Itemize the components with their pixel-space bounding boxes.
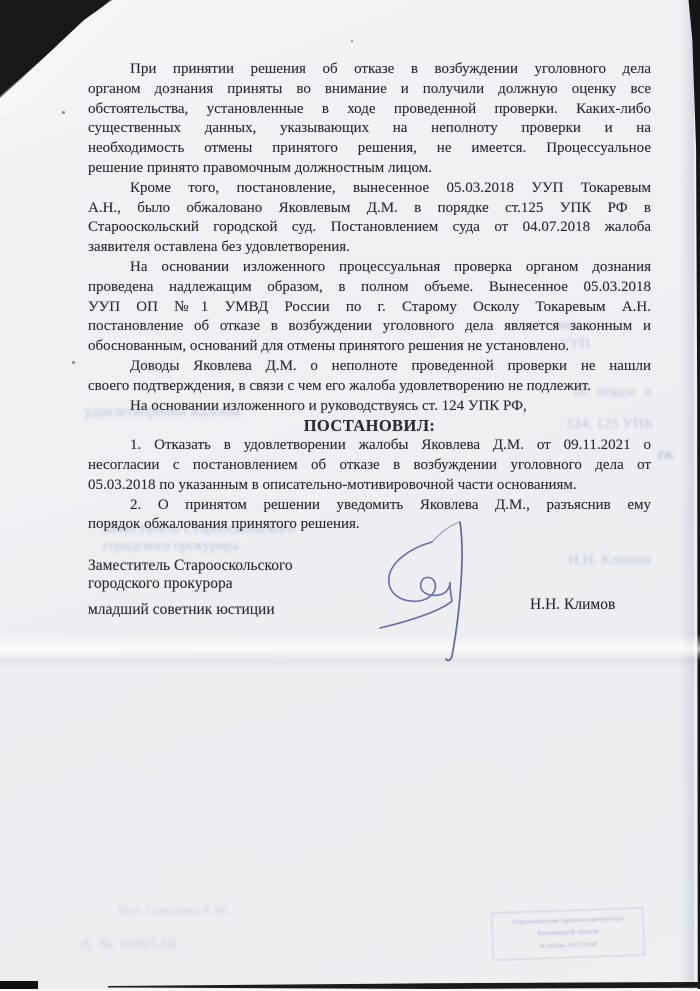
text-line: своего подтверждения, в связи с чем его … — [88, 377, 651, 397]
handwritten-signature — [368, 508, 488, 678]
text-line: Кроме того, постановление, вынесенное 05… — [88, 179, 651, 199]
text-line: УУП ОП №1 УМВД России по г. Старому Оско… — [88, 298, 651, 318]
resolved-heading: ПОСТАНОВИЛ: — [88, 416, 651, 436]
bleed-through-text: городского прокурора — [103, 538, 238, 555]
bleed-through-text: ек — [657, 444, 674, 464]
paragraph-court-appeal: Кроме того, постановление, вынесенное 05… — [88, 179, 651, 258]
dust-speck — [351, 40, 353, 42]
scanner-edge-bottom-artifact — [108, 982, 700, 989]
signer-rank: младший советник юстиции — [88, 601, 275, 619]
text-line: 05.03.2018 по указанным в описательно-мо… — [88, 476, 651, 496]
text-line: постановление об отказе в возбуждении уг… — [88, 317, 651, 337]
signer-position-line2: городского прокурора — [88, 575, 233, 593]
text-line: На основании изложенного процессуальная … — [88, 258, 651, 278]
paragraph-assessment: При принятии решения об отказе в возбужд… — [88, 60, 651, 179]
registration-stamp: Старооскольская городская прокуратура Бе… — [491, 907, 645, 960]
text-line: А.Н., было обжаловано Яковлевым Д.М. в п… — [88, 199, 651, 219]
signer-position-line1: Заместитель Старооскольского — [88, 557, 293, 575]
text-line: Доводы Яковлева Д.М. о неполноте проведе… — [88, 357, 651, 377]
text-line: необходимость отмены принятого решения, … — [88, 139, 651, 159]
bleed-through-text: А № 006538 — [80, 936, 178, 954]
text-line: обстоятельства, установленные в ходе про… — [88, 100, 651, 120]
paragraph-legal-basis: На основании изложенного и руководствуяс… — [88, 397, 651, 417]
bleed-through-text: Исп. Соколова А.М. — [118, 902, 229, 918]
dust-speck — [72, 361, 75, 364]
text-line: 1. Отказать в удовлетворении жалобы Яков… — [88, 436, 651, 456]
paragraph-conclusion: На основании изложенного процессуальная … — [88, 258, 651, 357]
text-line: решение принято правомочным должностным … — [88, 159, 651, 179]
paper-fold-crease — [0, 634, 700, 668]
bleed-through-text: Н.Н. Климов — [568, 552, 651, 569]
dust-speck — [62, 111, 65, 114]
paragraph-arguments: Доводы Яковлева Д.М. о неполноте проведе… — [88, 357, 651, 397]
text-line: органом дознания приняты во внимание и п… — [88, 80, 651, 100]
text-line: На основании изложенного и руководствуяс… — [88, 397, 651, 417]
resolution-item-1: 1. Отказать в удовлетворении жалобы Яков… — [88, 436, 651, 495]
text-line: Старооскольский городской суд. Постановл… — [88, 218, 651, 238]
text-line: несогласии с постановлением об отказе в … — [88, 456, 651, 476]
signer-name: Н.Н. Климов — [530, 596, 615, 614]
text-line: проведена надлежащим образом, в полном о… — [88, 278, 651, 298]
scanner-edge-bottom-left-artifact — [0, 981, 38, 989]
text-line: При принятии решения об отказе в возбужд… — [88, 60, 651, 80]
text-line: обоснованным, оснований для отмены приня… — [88, 337, 651, 357]
document-body: При принятии решения об отказе в возбужд… — [88, 60, 651, 535]
text-line: существенных данных, указывающих на непо… — [88, 119, 651, 139]
text-line: заявителя оставлена без удовлетворения. — [88, 238, 651, 258]
scanner-edge-right-artifact — [686, 0, 700, 991]
